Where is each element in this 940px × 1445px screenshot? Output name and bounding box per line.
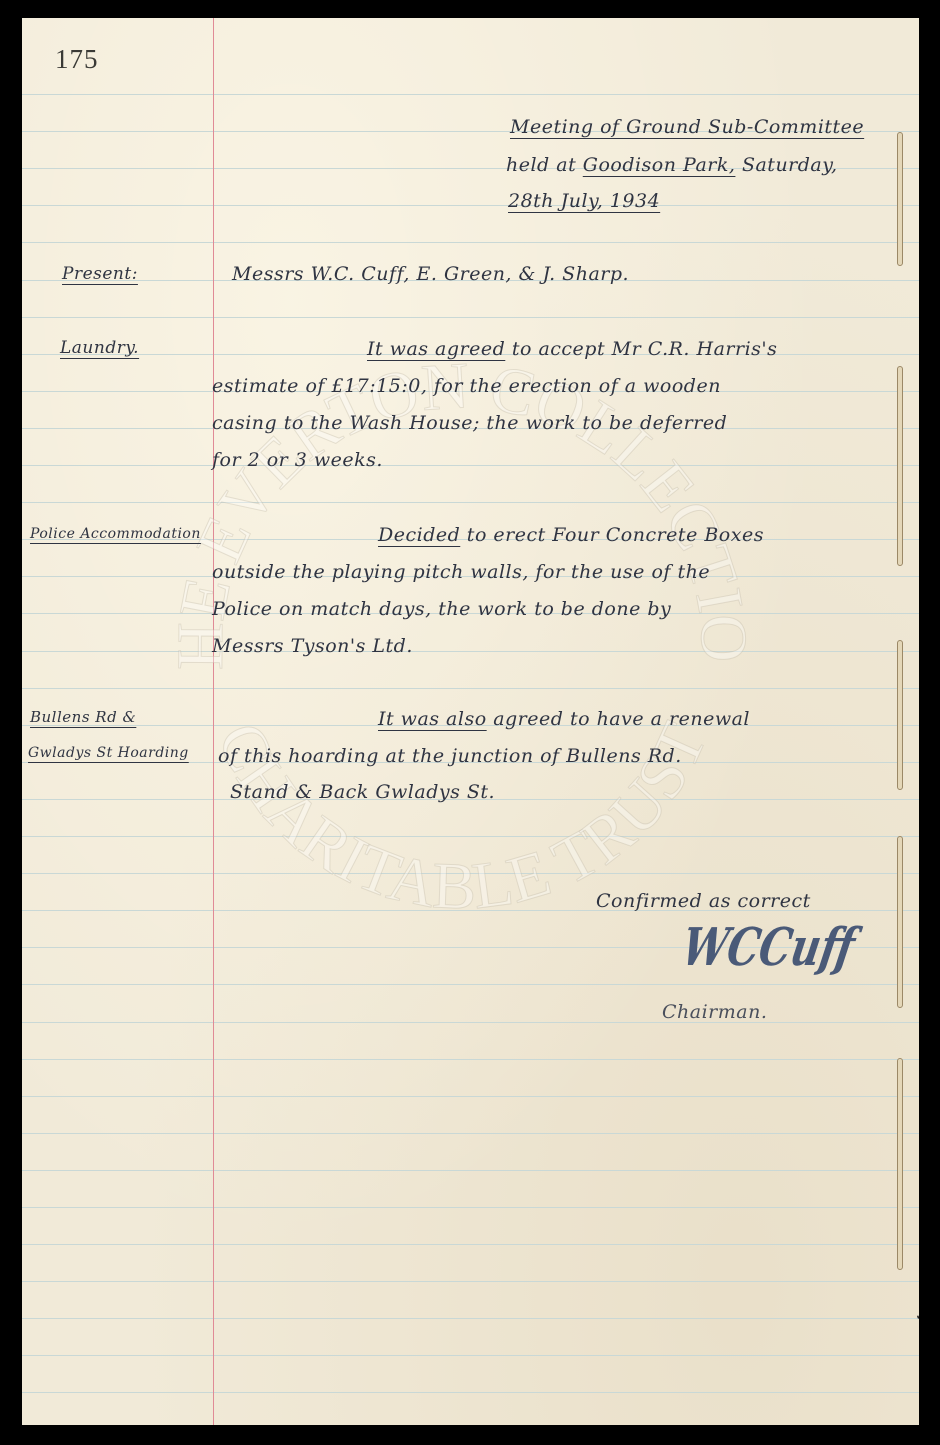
ledger-page: THE EVERTON COLLECTION CHARITABLE TRUST … bbox=[22, 18, 919, 1425]
hoarding-label-line-2: Gwladys St Hoarding bbox=[28, 745, 189, 761]
red-margin-line bbox=[213, 18, 214, 1425]
hoarding-label-line-1: Bullens Rd & bbox=[30, 708, 136, 726]
police-line-3: Police on match days, the work to be don… bbox=[212, 598, 671, 620]
rule-line bbox=[22, 984, 919, 985]
laundry-label: Laundry. bbox=[60, 338, 139, 358]
rule-line bbox=[22, 1355, 919, 1356]
hoarding-line-2: of this hoarding at the junction of Bull… bbox=[218, 745, 682, 767]
chairman-signature: WCCuff bbox=[678, 917, 860, 978]
rule-line bbox=[22, 873, 919, 874]
police-line-2: outside the playing pitch walls, for the… bbox=[212, 561, 710, 583]
rule-line bbox=[22, 836, 919, 837]
rule-line bbox=[22, 1281, 919, 1282]
rule-line bbox=[22, 465, 919, 466]
binding-stitch bbox=[897, 132, 903, 266]
rule-line bbox=[22, 205, 919, 206]
binding-stitch bbox=[897, 1058, 903, 1270]
rule-line bbox=[22, 242, 919, 243]
rule-line bbox=[22, 1244, 919, 1245]
police-label: Police Accommodation bbox=[30, 526, 201, 542]
meeting-title: Meeting of Ground Sub-Committee bbox=[510, 116, 864, 138]
rule-line bbox=[22, 502, 919, 503]
check-mark-icon: ✓ bbox=[915, 1308, 919, 1324]
laundry-line-1: It was agreed to accept Mr C.R. Harris's bbox=[367, 338, 777, 360]
rule-line bbox=[22, 651, 919, 652]
chairman-role: Chairman. bbox=[662, 1001, 767, 1023]
rule-line bbox=[22, 317, 919, 318]
laundry-line-2: estimate of £17:15:0, for the erection o… bbox=[212, 375, 721, 397]
rule-line bbox=[22, 1133, 919, 1134]
rule-line bbox=[22, 1207, 919, 1208]
binding-stitch bbox=[897, 366, 903, 566]
rule-line bbox=[22, 1022, 919, 1023]
rule-line bbox=[22, 1392, 919, 1393]
police-line-1: Decided to erect Four Concrete Boxes bbox=[378, 524, 764, 546]
rule-line bbox=[22, 94, 919, 95]
laundry-line-4: for 2 or 3 weeks. bbox=[212, 449, 383, 471]
hoarding-line-1: It was also agreed to have a renewal bbox=[378, 708, 750, 730]
confirmed-text: Confirmed as correct bbox=[596, 890, 811, 912]
rule-line bbox=[22, 1170, 919, 1171]
binding-stitch bbox=[897, 836, 903, 1008]
hoarding-line-3: Stand & Back Gwladys St. bbox=[230, 781, 495, 803]
police-line-4: Messrs Tyson's Ltd. bbox=[212, 635, 413, 657]
binding-stitch bbox=[897, 640, 903, 790]
meeting-location: held at Goodison Park, Saturday, bbox=[506, 154, 838, 176]
meeting-date: 28th July, 1934 bbox=[508, 190, 660, 212]
rule-line bbox=[22, 688, 919, 689]
page-number: 175 bbox=[55, 44, 99, 75]
rule-line bbox=[22, 1318, 919, 1319]
present-names: Messrs W.C. Cuff, E. Green, & J. Sharp. bbox=[232, 263, 629, 285]
rule-line bbox=[22, 1059, 919, 1060]
laundry-line-3: casing to the Wash House; the work to be… bbox=[212, 412, 727, 434]
present-label: Present: bbox=[62, 264, 138, 284]
rule-line bbox=[22, 1096, 919, 1097]
